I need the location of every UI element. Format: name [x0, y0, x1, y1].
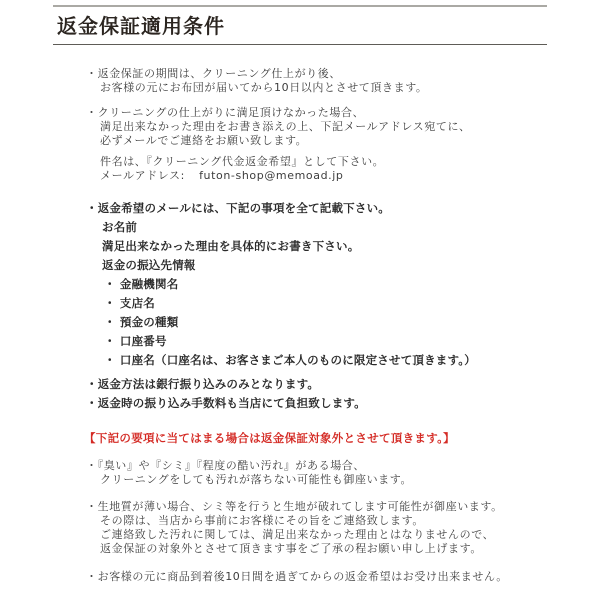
required-info-section: ・返金希望のメールには、下記の事項を全て記載下さい。 お名前 満足出来なかった理…	[86, 199, 476, 370]
text-line: 満足出来なかった理由をお書き添えの上、下記メールアドレス宛てに、	[86, 120, 471, 134]
bank-item: ・ 金融機関名	[86, 275, 476, 294]
text-line: お客様の元にお布団が届いてから10日以内とさせて頂きます。	[86, 81, 428, 95]
subject-line: 件名は、『クリーニング代金返金希望』として下さい。	[86, 155, 471, 169]
exclusion-odor-section: ・『臭い』や『シミ』『程度の酷い汚れ』がある場合、 クリーニングをしても汚れが落…	[86, 459, 412, 487]
page-title: 返金保証適用条件	[57, 13, 225, 39]
text-line: 必ずメールでご連絡をお願い致します。	[86, 134, 471, 148]
exclusion-deadline-section: ・お客様の元に商品到着後10日間を過ぎてからの返金希望はお受け出来ません。	[86, 570, 508, 584]
exclusion-heading: 【下記の要項に当てはまる場合は返金保証対象外とさせて頂きます。】	[84, 431, 455, 445]
text-line: ・お客様の元に商品到着後10日間を過ぎてからの返金希望はお受け出来ません。	[86, 570, 508, 584]
section-heading: ・返金希望のメールには、下記の事項を全て記載下さい。	[86, 199, 476, 218]
header-top-rule	[53, 5, 547, 7]
bank-item: ・ 口座名（口座名は、お客さまご本人のものに限定させて頂きます。）	[86, 351, 476, 370]
contact-section: ・クリーニングの仕上がりに満足頂けなかった場合、 満足出来なかった理由をお書き添…	[86, 106, 471, 183]
bank-item: ・ 口座番号	[86, 332, 476, 351]
list-item: 満足出来なかった理由を具体的にお書き下さい。	[86, 237, 476, 256]
text-line: ・返金保証の期間は、クリーニング仕上がり後、	[86, 67, 428, 81]
refund-method-section: ・返金方法は銀行振り込みのみとなります。 ・返金時の振り込み手数料も当店にて負担…	[86, 375, 366, 413]
text-line: その際は、当店から事前にお客様にその旨をご連絡致します。	[86, 514, 503, 528]
email-address-link[interactable]: futon-shop@memoad.jp	[199, 169, 343, 182]
text-line: ・返金方法は銀行振り込みのみとなります。	[86, 375, 366, 394]
header-bottom-rule	[53, 44, 547, 45]
text-line: 返金保証の対象外とさせて頂きます事をご了承の程お願い申し上げます。	[86, 542, 503, 556]
text-line: ・生地質が薄い場合、シミ等を行うと生地が破れてします可能性が御座います。	[86, 500, 503, 514]
text-line: ・クリーニングの仕上がりに満足頂けなかった場合、	[86, 106, 471, 120]
email-label: メールアドレス:	[100, 169, 185, 182]
email-row: メールアドレス: futon-shop@memoad.jp	[86, 169, 471, 183]
text-line: ・『臭い』や『シミ』『程度の酷い汚れ』がある場合、	[86, 459, 412, 473]
text-line: ・返金時の振り込み手数料も当店にて負担致します。	[86, 394, 366, 413]
bank-item: ・ 預金の種類	[86, 313, 476, 332]
text-line: ご連絡致した汚れに関しては、満足出来なかった理由とはなりませんので、	[86, 528, 503, 542]
text-line: クリーニングをしても汚れが落ちない可能性も御座います。	[86, 473, 412, 487]
list-item: 返金の振込先情報	[86, 256, 476, 275]
bank-item: ・ 支店名	[86, 294, 476, 313]
guarantee-period-section: ・返金保証の期間は、クリーニング仕上がり後、 お客様の元にお布団が届いてから10…	[86, 67, 428, 95]
exclusion-fabric-section: ・生地質が薄い場合、シミ等を行うと生地が破れてします可能性が御座います。 その際…	[86, 500, 503, 556]
list-item: お名前	[86, 218, 476, 237]
